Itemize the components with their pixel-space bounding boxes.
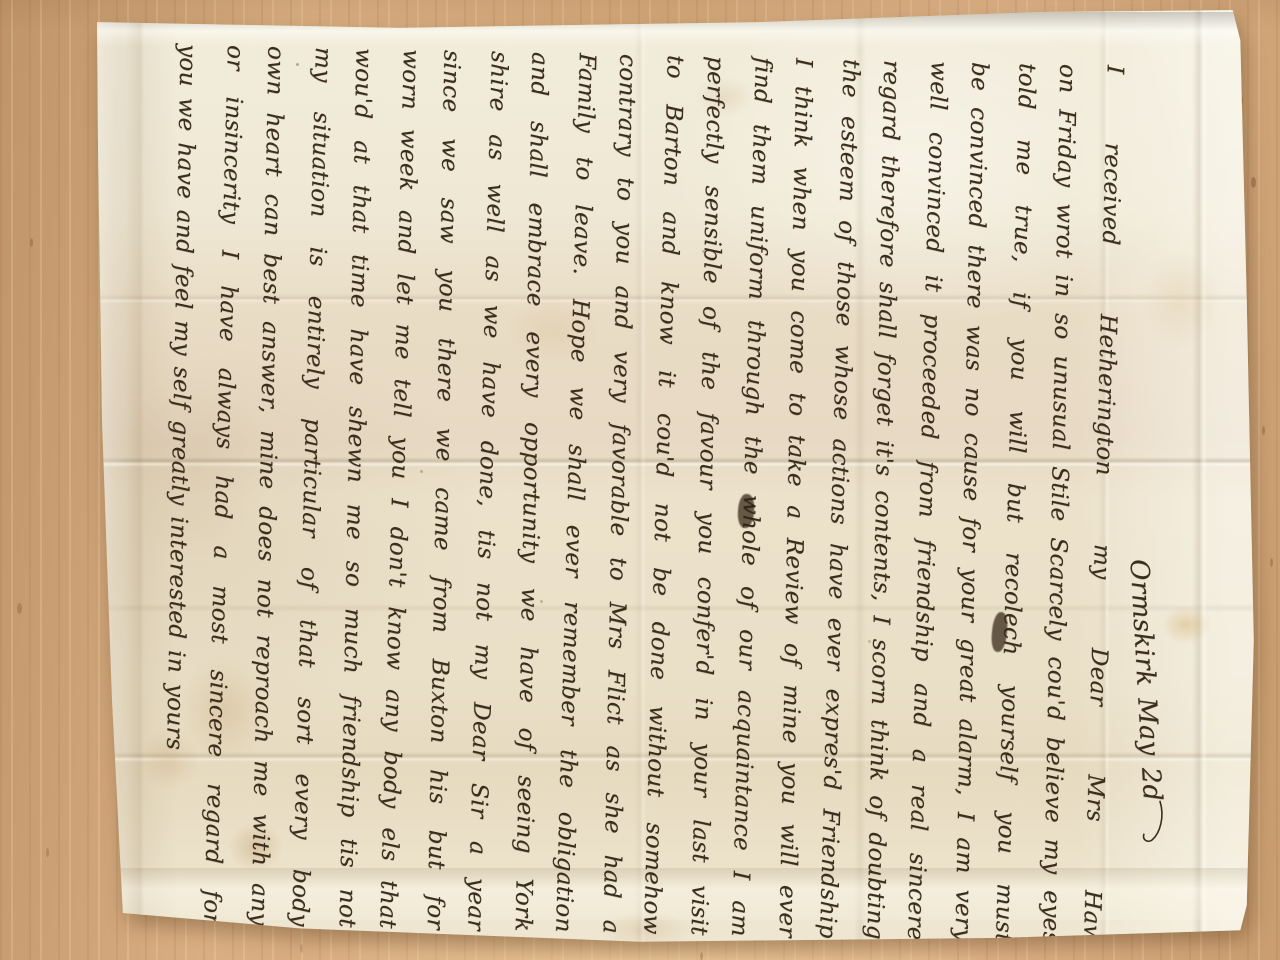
- photo-of-letter-on-table: Ormskirk May 2d I received Hetherington …: [0, 0, 1280, 960]
- curled-paper-edge: [0, 12, 1280, 46]
- fold-crease: [1192, 0, 1208, 960]
- letter-lines: I received Hetherington my Dear Mrs Hawo…: [147, 44, 1135, 946]
- pen-flourish-icon: [1138, 798, 1167, 845]
- dateline-text: Ormskirk May 2d: [1123, 558, 1166, 802]
- curled-paper-edge: [96, 0, 144, 960]
- letter-paper: Ormskirk May 2d I received Hetherington …: [0, 0, 1280, 960]
- letter-paper-shadow: Ormskirk May 2d I received Hetherington …: [0, 0, 1280, 960]
- handwritten-text: Ormskirk May 2d I received Hetherington …: [141, 43, 1191, 946]
